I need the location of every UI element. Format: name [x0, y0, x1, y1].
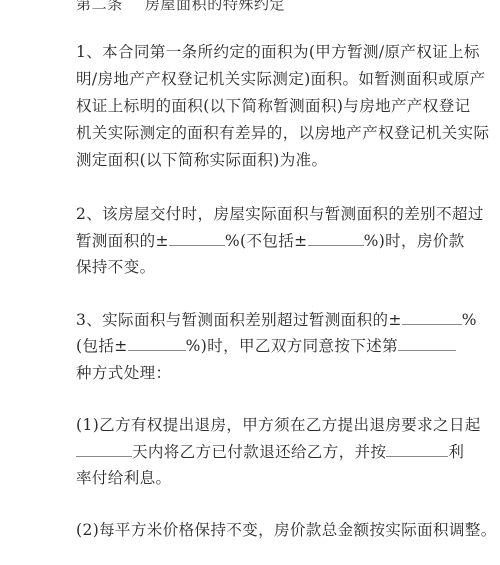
refund-days-blank[interactable] — [76, 442, 132, 457]
option-1-line-3: 率付给利息。 — [76, 468, 436, 488]
clause-3-text-d: %)时，甲乙双方同意按下述第 — [186, 337, 398, 355]
clause-3-line-1: 3、实际面积与暂测面积差别超过暂测面积的±% — [76, 310, 436, 330]
clause-3-text-c: (包括± — [76, 337, 128, 355]
option-1-line-2: 天内将乙方已付款退还给乙方，并按利 — [76, 442, 436, 462]
clause-2-text-c: %)时，房价款 — [364, 232, 465, 250]
clause-1-line-1: 1、本合同第一条所约定的面积为(甲方暂测/原产权证上标 — [76, 42, 436, 62]
interest-rate-blank[interactable] — [386, 442, 448, 457]
document-page: 第二条房屋面积的特殊约定 1、本合同第一条所约定的面积为(甲方暂测/原产权证上标… — [0, 0, 500, 565]
article-number: 第二条 — [76, 0, 123, 13]
clause-3-text-a: 3、实际面积与暂测面积差别超过暂测面积的± — [76, 311, 402, 329]
clause-1-line-3: 权证上标明的面积(以下简称暂测面积)与房地产产权登记 — [76, 96, 436, 116]
clause-1-line-5: 测定面积(以下简称实际面积)为准。 — [76, 150, 436, 170]
section-title: 第二条房屋面积的特殊约定 — [76, 0, 436, 14]
clause-2-line-3: 保持不变。 — [76, 257, 436, 277]
article-heading: 房屋面积的特殊约定 — [145, 0, 285, 13]
option-1-text-a: 天内将乙方已付款退还给乙方，并按 — [132, 443, 386, 461]
option-1-text-b: 利 — [448, 443, 464, 461]
clause-1-line-2: 明/房地产产权登记机关实际测定)面积。如暂测面积或原产 — [76, 69, 436, 89]
excess-blank-1[interactable] — [402, 310, 462, 325]
option-1-line-1: (1)乙方有权提出退房，甲方须在乙方提出退房要求之日起 — [76, 415, 436, 435]
clause-2-text-b: %(不包括± — [225, 232, 308, 250]
option-2-line-1: (2)每平方米价格保持不变，房价款总金额按实际面积调整。 — [76, 520, 436, 540]
clause-1-line-4: 机关实际测定的面积有差异的，以房地产产权登记机关实际 — [76, 123, 436, 143]
clause-2-text-a: 暂测面积的± — [76, 232, 169, 250]
clause-2-line-2: 暂测面积的±%(不包括±%)时，房价款 — [76, 231, 436, 251]
clause-3-text-b: % — [462, 311, 477, 329]
clause-3-line-3: 种方式处理： — [76, 363, 436, 383]
tolerance-blank-2[interactable] — [308, 231, 364, 246]
method-choice-blank[interactable] — [398, 336, 456, 351]
excess-blank-2[interactable] — [128, 336, 186, 351]
clause-3-line-2: (包括±%)时，甲乙双方同意按下述第 — [76, 336, 436, 356]
clause-2-line-1: 2、该房屋交付时，房屋实际面积与暂测面积的差别不超过 — [76, 204, 436, 224]
tolerance-blank-1[interactable] — [169, 231, 225, 246]
